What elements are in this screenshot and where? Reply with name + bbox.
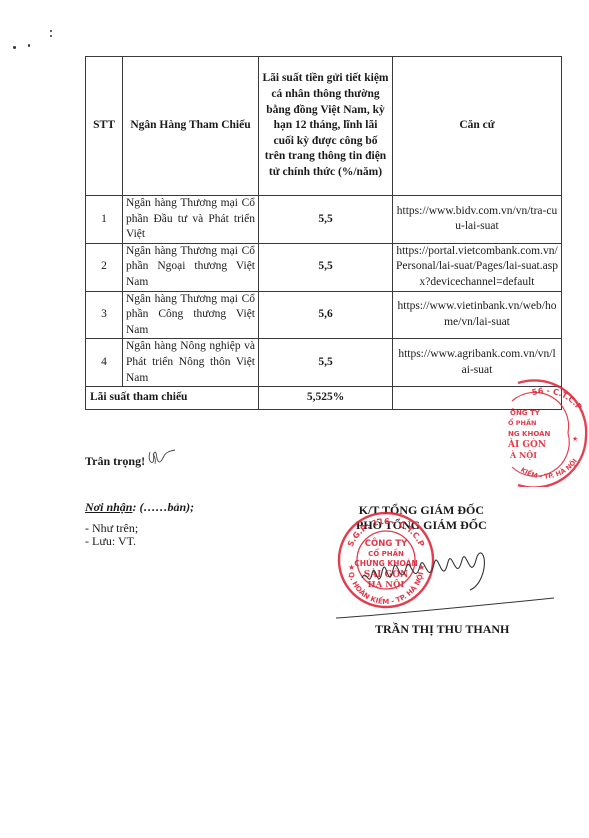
header-stt: STT [86,57,123,196]
row-stt: 1 [86,196,123,244]
row-source-link[interactable]: https://www.bidv.com.vn/vn/tra-cuu-lai-s… [393,196,562,244]
row-stt: 2 [86,243,123,291]
row-rate: 5,6 [259,291,393,339]
table-row: 4 Ngân hàng Nông nghiệp và Phát triển Nô… [86,339,562,387]
svg-text:★: ★ [572,435,578,443]
row-source-link[interactable]: https://portal.vietcombank.com.vn/Person… [393,243,562,291]
header-source: Căn cứ [393,57,562,196]
row-source-link[interactable]: https://www.vietinbank.vn/web/home/vn/la… [393,291,562,339]
table-row: 3 Ngân hàng Thương mại Cổ phần Công thươ… [86,291,562,339]
svg-text:ÔNG TY: ÔNG TY [510,408,541,417]
signature-underline-icon [336,596,556,620]
table-header-row: STT Ngân Hàng Tham Chiếu Lãi suất tiền g… [86,57,562,196]
svg-text:Ổ PHẦN: Ổ PHẦN [508,417,536,427]
recipients-block: Nơi nhận: (……bản); - Như trên; - Lưu: VT… [85,501,194,548]
row-stt: 3 [86,291,123,339]
row-rate: 5,5 [259,196,393,244]
svg-text:★: ★ [348,563,355,572]
row-rate: 5,5 [259,243,393,291]
header-rate: Lãi suất tiền gửi tiết kiệm cá nhân thôn… [259,57,393,196]
handwritten-signature-icon [360,548,510,598]
table-total-row: Lãi suất tham chiếu 5,525% [86,387,562,410]
recipients-title: Nơi nhận: (……bản); [85,501,194,514]
svg-text:À NỘI: À NỘI [509,450,537,460]
row-bank: Ngân hàng Thương mại Cổ phần Đầu tư và P… [123,196,259,244]
initials-signature-icon [146,448,178,468]
row-bank: Ngân hàng Thương mại Cổ phần Công thương… [123,291,259,339]
svg-text:56 - C.T.C.P: 56 - C.T.C.P [531,386,584,411]
partial-stamp-icon: 56 - C.T.C.P KIẾM - TP. HÀ NỘI ÔNG TY Ổ … [508,379,589,487]
total-value: 5,525% [259,387,393,410]
recipient-item: - Lưu: VT. [85,535,194,548]
table-row: 2 Ngân hàng Thương mại Cổ phần Ngoại thư… [86,243,562,291]
table-row: 1 Ngân hàng Thương mại Cổ phần Đầu tư và… [86,196,562,244]
header-bank: Ngân Hàng Tham Chiếu [123,57,259,196]
svg-text:NG KHOÁN: NG KHOÁN [508,429,551,438]
closing-text: Trân trọng! [85,454,145,469]
total-label: Lãi suất tham chiếu [86,387,259,410]
row-bank: Ngân hàng Nông nghiệp và Phát triển Nông… [123,339,259,387]
reference-rate-table: STT Ngân Hàng Tham Chiếu Lãi suất tiền g… [85,56,562,410]
row-bank: Ngân hàng Thương mại Cổ phần Ngoại thươn… [123,243,259,291]
svg-text:ÀI GÒN: ÀI GÒN [508,438,546,450]
svg-text:KIẾM - TP. HÀ NỘI: KIẾM - TP. HÀ NỘI [519,457,579,480]
row-stt: 4 [86,339,123,387]
signer-name: TRẦN THỊ THU THANH [375,622,509,637]
row-rate: 5,5 [259,339,393,387]
